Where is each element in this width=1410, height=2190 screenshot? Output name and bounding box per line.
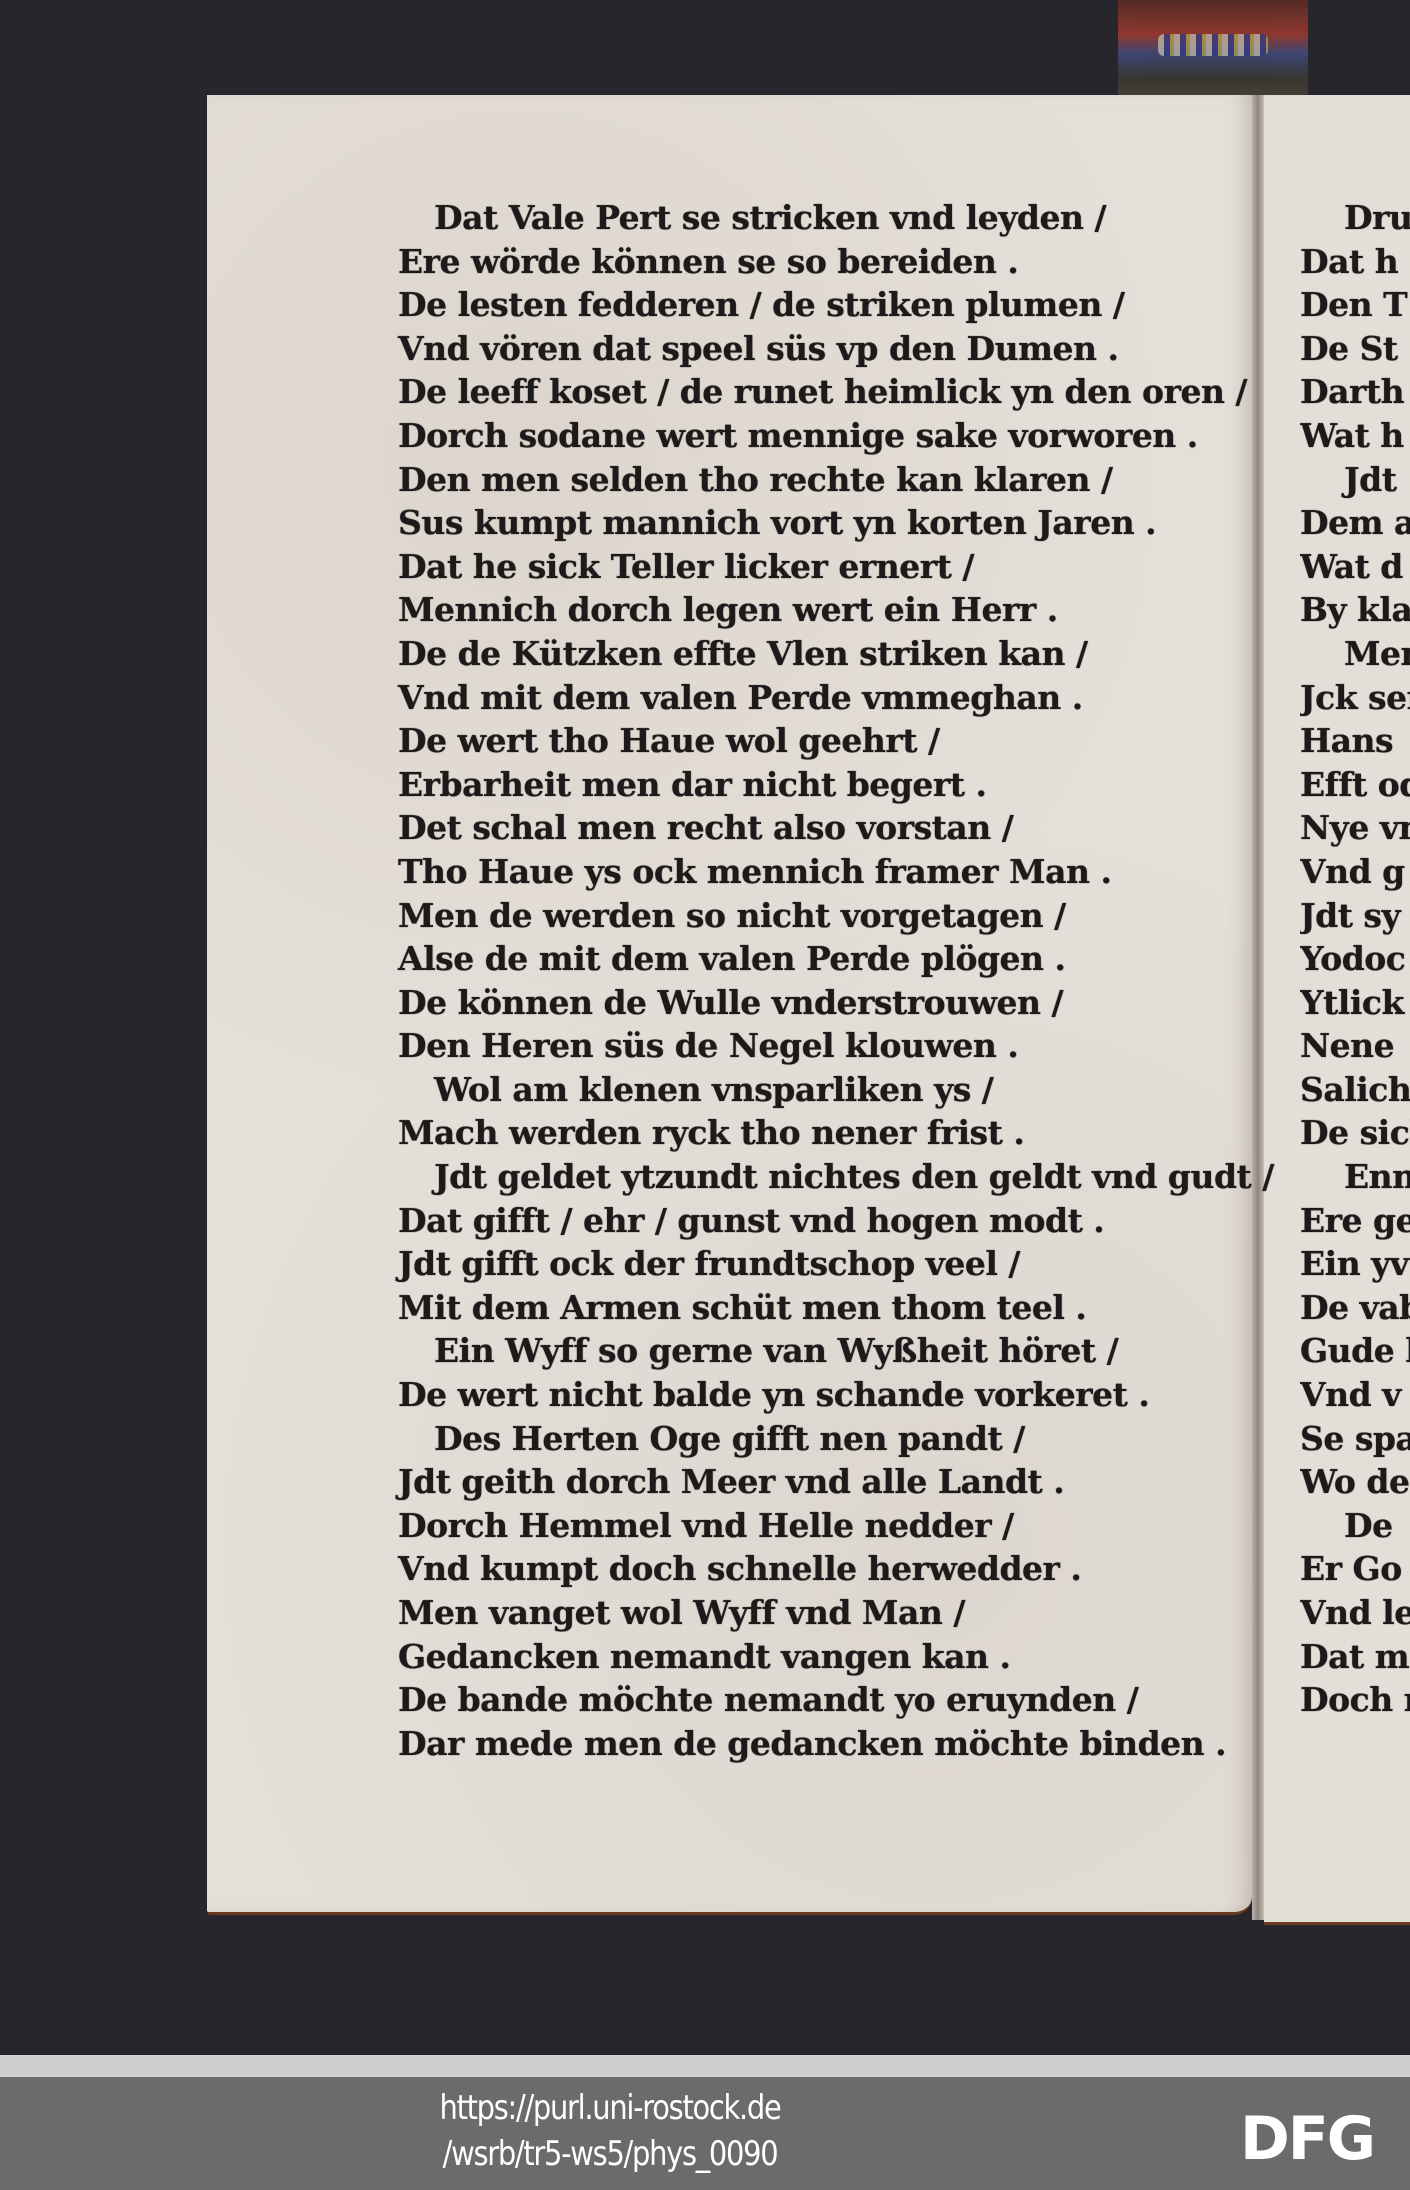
book-gutter (1252, 95, 1264, 1920)
text-line: Dat he sick Teller licker ernert / (398, 545, 1228, 589)
text-line: Enn (1300, 1155, 1410, 1199)
text-line: De bande möchte nemandt yo eruynden / (398, 1678, 1228, 1722)
viewer-footer: https://purl.uni-rostock.de /wsrb/tr5-ws… (0, 2077, 1410, 2190)
text-line: Den T (1300, 283, 1410, 327)
text-line: Er Go (1300, 1547, 1410, 1591)
text-line: Wo de (1300, 1460, 1410, 1504)
text-line: Mach werden ryck tho nener frist . (398, 1111, 1228, 1155)
text-line: Wat d (1300, 545, 1410, 589)
text-line: Vnd kumpt doch schnelle herwedder . (398, 1547, 1228, 1591)
text-line: Nye vn (1300, 806, 1410, 850)
text-line: De sick (1300, 1111, 1410, 1155)
text-line: Alse de mit dem valen Perde plögen . (398, 937, 1228, 981)
text-line: Jck ser (1300, 676, 1410, 720)
book-binding-headband (1118, 0, 1308, 98)
text-line: Des Herten Oge gifft nen pandt / (398, 1417, 1228, 1461)
text-line: Ein yv (1300, 1242, 1410, 1286)
text-line: Gedancken nemandt vangen kan . (398, 1635, 1228, 1679)
text-line: Dorch Hemmel vnd Helle nedder / (398, 1504, 1228, 1548)
text-line: Se spa (1300, 1417, 1410, 1461)
permalink[interactable]: https://purl.uni-rostock.de /wsrb/tr5-ws… (389, 2085, 831, 2177)
dfg-logo: DFG (1240, 2109, 1374, 2169)
text-line: Sus kumpt mannich vort yn korten Jaren . (398, 501, 1228, 545)
text-line: De können de Wulle vnderstrouwen / (398, 981, 1228, 1025)
text-line: Ein Wyff so gerne van Wyßheit höret / (398, 1329, 1228, 1373)
text-line: Dru (1300, 196, 1410, 240)
text-line: Dem a (1300, 501, 1410, 545)
text-line: Men de werden so nicht vorgetagen / (398, 894, 1228, 938)
text-line: Dorch sodane wert mennige sake vorworen … (398, 414, 1228, 458)
text-line: Hans (1300, 719, 1410, 763)
text-line: Doch r (1300, 1678, 1410, 1722)
text-line: Men vanget wol Wyff vnd Man / (398, 1591, 1228, 1635)
text-line: De wert nicht balde yn schande vorkeret … (398, 1373, 1228, 1417)
text-line: De (1300, 1504, 1410, 1548)
text-line: Vnd g (1300, 850, 1410, 894)
text-line: Gude h (1300, 1329, 1410, 1373)
text-line: Efft od (1300, 763, 1410, 807)
text-line: Dat Vale Pert se stricken vnd leyden / (398, 196, 1228, 240)
text-line: Salich (1300, 1068, 1410, 1112)
text-line: Dat m (1300, 1635, 1410, 1679)
text-line: Dar mede men de gedancken möchte binden … (398, 1722, 1228, 1766)
headband-thread (1158, 34, 1268, 56)
text-line: Men (1300, 632, 1410, 676)
text-line: Tho Haue ys ock mennich framer Man . (398, 850, 1228, 894)
text-line: De St (1300, 327, 1410, 371)
text-line: De leeff koset / de runet heimlick yn de… (398, 370, 1228, 414)
text-line: De vab (1300, 1286, 1410, 1330)
text-line: Nene (1300, 1024, 1410, 1068)
text-line: Yodoc (1300, 937, 1410, 981)
left-page-text: Dat Vale Pert se stricken vnd leyden /Er… (398, 196, 1228, 1765)
text-line: Dat gifft / ehr / gunst vnd hogen modt . (398, 1199, 1228, 1243)
text-line: Ytlick (1300, 981, 1410, 1025)
text-line: Jdt gifft ock der frundtschop veel / (398, 1242, 1228, 1286)
text-line: Jdt (1300, 458, 1410, 502)
text-line: Erbarheit men dar nicht begert . (398, 763, 1228, 807)
text-line: Vnd le (1300, 1591, 1410, 1635)
text-line: Darth (1300, 370, 1410, 414)
text-line: By kla (1300, 588, 1410, 632)
text-line: Mit dem Armen schüt men thom teel . (398, 1286, 1228, 1330)
text-line: Det schal men recht also vorstan / (398, 806, 1228, 850)
text-line: Mennich dorch legen wert ein Herr . (398, 588, 1228, 632)
permalink-line-1[interactable]: https://purl.uni-rostock.de (389, 2085, 831, 2131)
text-line: Den Heren süs de Negel klouwen . (398, 1024, 1228, 1068)
text-line: Ere wörde können se so bereiden . (398, 240, 1228, 284)
text-line: Vnd vören dat speel süs vp den Dumen . (398, 327, 1228, 371)
text-line: Vnd mit dem valen Perde vmmeghan . (398, 676, 1228, 720)
permalink-line-2[interactable]: /wsrb/tr5-ws5/phys_0090 (389, 2131, 831, 2177)
text-line: Wol am klenen vnsparliken ys / (398, 1068, 1228, 1112)
text-line: Jdt geldet ytzundt nichtes den geldt vnd… (398, 1155, 1228, 1199)
right-page-text-partial: DruDat hDen TDe StDarthWat hJdtDem aWat … (1300, 196, 1410, 1722)
text-line: De de Kützken effte Vlen striken kan / (398, 632, 1228, 676)
footer-separator (0, 2055, 1410, 2077)
text-line: Jdt geith dorch Meer vnd alle Landt . (398, 1460, 1228, 1504)
text-line: De wert tho Haue wol geehrt / (398, 719, 1228, 763)
text-line: Wat h (1300, 414, 1410, 458)
text-line: De lesten fedderen / de striken plumen / (398, 283, 1228, 327)
text-line: Den men selden tho rechte kan klaren / (398, 458, 1228, 502)
text-line: Dat h (1300, 240, 1410, 284)
text-line: Vnd v (1300, 1373, 1410, 1417)
text-line: Ere ge (1300, 1199, 1410, 1243)
text-line: Jdt sy (1300, 894, 1410, 938)
scan-viewport: Dat Vale Pert se stricken vnd leyden /Er… (0, 0, 1410, 2055)
